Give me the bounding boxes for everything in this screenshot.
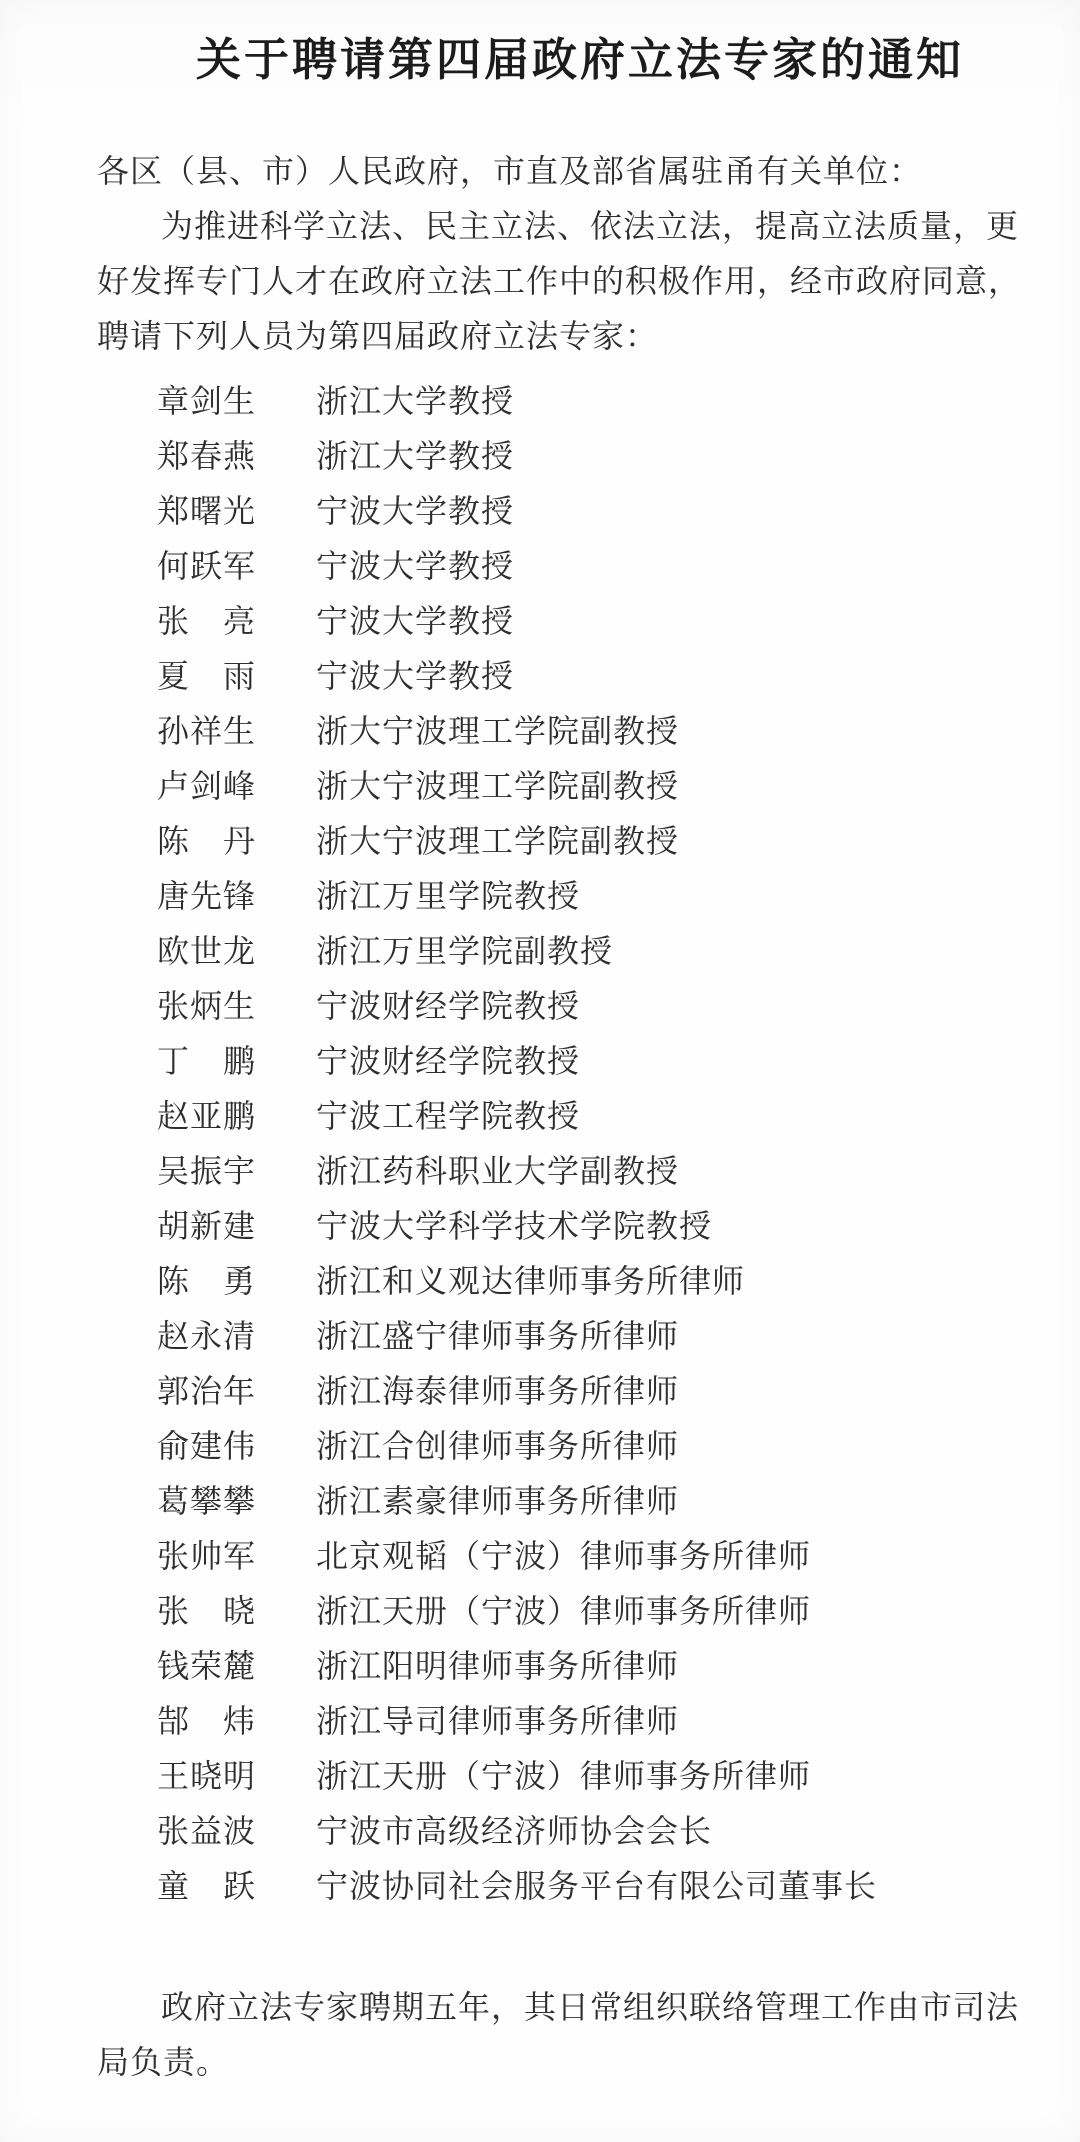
expert-name: 张 亮 xyxy=(157,594,307,649)
expert-affiliation: 宁波大学教授 xyxy=(316,539,514,594)
expert-name: 张炳生 xyxy=(157,979,307,1034)
expert-name: 张帅军 xyxy=(157,1529,307,1584)
expert-affiliation: 浙江导司律师事务所律师 xyxy=(316,1694,679,1749)
expert-name: 胡新建 xyxy=(157,1199,307,1254)
expert-row: 张 晓 浙江天册（宁波）律师事务所律师 xyxy=(97,1584,1000,1639)
expert-row: 丁 鹏 宁波财经学院教授 xyxy=(97,1034,1000,1089)
expert-affiliation: 宁波大学科学技术学院教授 xyxy=(316,1199,712,1254)
expert-row: 吴振宇 浙江药科职业大学副教授 xyxy=(97,1144,1000,1199)
closing-paragraph: 政府立法专家聘期五年，其日常组织联络管理工作由市司法 局负责。 xyxy=(97,1980,1000,2090)
expert-name: 丁 鹏 xyxy=(157,1034,307,1089)
expert-affiliation: 宁波财经学院教授 xyxy=(316,1034,580,1089)
expert-row: 张 亮 宁波大学教授 xyxy=(97,594,1000,649)
expert-row: 夏 雨 宁波大学教授 xyxy=(97,649,1000,704)
expert-affiliation: 宁波协同社会服务平台有限公司董事长 xyxy=(316,1859,877,1914)
expert-name: 张益波 xyxy=(157,1804,307,1859)
expert-affiliation: 浙江天册（宁波）律师事务所律师 xyxy=(316,1749,811,1804)
expert-name: 张 晓 xyxy=(157,1584,307,1639)
expert-row: 王晓明 浙江天册（宁波）律师事务所律师 xyxy=(97,1749,1000,1804)
expert-name: 葛攀攀 xyxy=(157,1474,307,1529)
expert-affiliation: 浙大宁波理工学院副教授 xyxy=(316,759,679,814)
expert-name: 欧世龙 xyxy=(157,924,307,979)
expert-name: 郑春燕 xyxy=(157,429,307,484)
expert-name: 郭治年 xyxy=(157,1364,307,1419)
expert-name: 郑曙光 xyxy=(157,484,307,539)
expert-affiliation: 浙江大学教授 xyxy=(316,429,514,484)
expert-row: 张炳生 宁波财经学院教授 xyxy=(97,979,1000,1034)
expert-affiliation: 浙江合创律师事务所律师 xyxy=(316,1419,679,1474)
closing-line-1: 政府立法专家聘期五年，其日常组织联络管理工作由市司法 xyxy=(97,1980,1000,2035)
expert-affiliation: 浙江万里学院教授 xyxy=(316,869,580,924)
expert-affiliation: 北京观韬（宁波）律师事务所律师 xyxy=(316,1529,811,1584)
experts-list: 章剑生 浙江大学教授 郑春燕 浙江大学教授 郑曙光 宁波大学教授 何跃军 宁波大… xyxy=(97,374,1000,1914)
intro-line-3: 聘请下列人员为第四届政府立法专家： xyxy=(97,309,1000,364)
intro-line-1: 为推进科学立法、民主立法、依法立法，提高立法质量，更 xyxy=(97,199,1000,254)
expert-row: 郜 炜 浙江导司律师事务所律师 xyxy=(97,1694,1000,1749)
expert-row: 赵亚鹏 宁波工程学院教授 xyxy=(97,1089,1000,1144)
expert-name: 王晓明 xyxy=(157,1749,307,1804)
expert-row: 孙祥生 浙大宁波理工学院副教授 xyxy=(97,704,1000,759)
expert-row: 赵永清 浙江盛宁律师事务所律师 xyxy=(97,1309,1000,1364)
expert-affiliation: 宁波大学教授 xyxy=(316,484,514,539)
expert-row: 张益波 宁波市高级经济师协会会长 xyxy=(97,1804,1000,1859)
expert-row: 胡新建 宁波大学科学技术学院教授 xyxy=(97,1199,1000,1254)
expert-row: 郑曙光 宁波大学教授 xyxy=(97,484,1000,539)
expert-row: 俞建伟 浙江合创律师事务所律师 xyxy=(97,1419,1000,1474)
expert-row: 何跃军 宁波大学教授 xyxy=(97,539,1000,594)
expert-row: 章剑生 浙江大学教授 xyxy=(97,374,1000,429)
expert-name: 赵永清 xyxy=(157,1309,307,1364)
expert-row: 卢剑峰 浙大宁波理工学院副教授 xyxy=(97,759,1000,814)
expert-row: 陈 丹 浙大宁波理工学院副教授 xyxy=(97,814,1000,869)
expert-affiliation: 浙江万里学院副教授 xyxy=(316,924,613,979)
expert-name: 夏 雨 xyxy=(157,649,307,704)
expert-name: 孙祥生 xyxy=(157,704,307,759)
expert-affiliation: 浙江素豪律师事务所律师 xyxy=(316,1474,679,1529)
expert-affiliation: 浙大宁波理工学院副教授 xyxy=(316,814,679,869)
expert-row: 童 跃 宁波协同社会服务平台有限公司董事长 xyxy=(97,1859,1000,1914)
expert-affiliation: 宁波市高级经济师协会会长 xyxy=(316,1804,712,1859)
document-page: 关于聘请第四届政府立法专家的通知 各区（县、市）人民政府，市直及部省属驻甬有关单… xyxy=(0,0,1080,2142)
expert-affiliation: 宁波大学教授 xyxy=(316,594,514,649)
expert-row: 陈 勇 浙江和义观达律师事务所律师 xyxy=(97,1254,1000,1309)
expert-row: 唐先锋 浙江万里学院教授 xyxy=(97,869,1000,924)
expert-name: 卢剑峰 xyxy=(157,759,307,814)
expert-affiliation: 浙大宁波理工学院副教授 xyxy=(316,704,679,759)
expert-name: 赵亚鹏 xyxy=(157,1089,307,1144)
expert-affiliation: 浙江药科职业大学副教授 xyxy=(316,1144,679,1199)
expert-affiliation: 宁波财经学院教授 xyxy=(316,979,580,1034)
expert-name: 童 跃 xyxy=(157,1859,307,1914)
expert-affiliation: 浙江天册（宁波）律师事务所律师 xyxy=(316,1584,811,1639)
expert-affiliation: 浙江阳明律师事务所律师 xyxy=(316,1639,679,1694)
expert-row: 张帅军 北京观韬（宁波）律师事务所律师 xyxy=(97,1529,1000,1584)
expert-name: 吴振宇 xyxy=(157,1144,307,1199)
expert-affiliation: 浙江大学教授 xyxy=(316,374,514,429)
expert-affiliation: 浙江盛宁律师事务所律师 xyxy=(316,1309,679,1364)
expert-affiliation: 宁波大学教授 xyxy=(316,649,514,704)
expert-name: 陈 勇 xyxy=(157,1254,307,1309)
expert-row: 欧世龙 浙江万里学院副教授 xyxy=(97,924,1000,979)
expert-row: 钱荣麓 浙江阳明律师事务所律师 xyxy=(97,1639,1000,1694)
expert-affiliation: 浙江和义观达律师事务所律师 xyxy=(316,1254,745,1309)
expert-affiliation: 宁波工程学院教授 xyxy=(316,1089,580,1144)
expert-row: 郑春燕 浙江大学教授 xyxy=(97,429,1000,484)
salutation-line: 各区（县、市）人民政府，市直及部省属驻甬有关单位： xyxy=(97,144,1000,199)
expert-name: 陈 丹 xyxy=(157,814,307,869)
expert-row: 郭治年 浙江海泰律师事务所律师 xyxy=(97,1364,1000,1419)
expert-affiliation: 浙江海泰律师事务所律师 xyxy=(316,1364,679,1419)
expert-name: 唐先锋 xyxy=(157,869,307,924)
intro-line-2: 好发挥专门人才在政府立法工作中的积极作用，经市政府同意， xyxy=(97,254,1000,309)
expert-name: 钱荣麓 xyxy=(157,1639,307,1694)
document-title: 关于聘请第四届政府立法专家的通知 xyxy=(80,34,1080,86)
expert-row: 葛攀攀 浙江素豪律师事务所律师 xyxy=(97,1474,1000,1529)
expert-name: 章剑生 xyxy=(157,374,307,429)
closing-line-2: 局负责。 xyxy=(97,2035,1000,2090)
expert-name: 俞建伟 xyxy=(157,1419,307,1474)
expert-name: 何跃军 xyxy=(157,539,307,594)
intro-paragraph: 为推进科学立法、民主立法、依法立法，提高立法质量，更 好发挥专门人才在政府立法工… xyxy=(97,199,1000,364)
expert-name: 郜 炜 xyxy=(157,1694,307,1749)
